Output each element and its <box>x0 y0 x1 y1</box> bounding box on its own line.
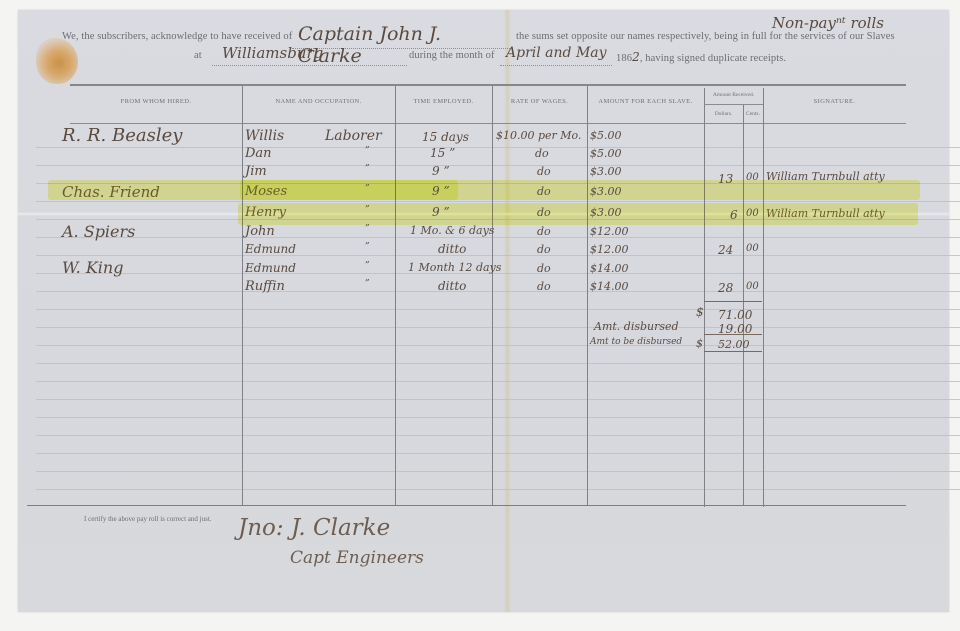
rate-of-wages: do <box>537 243 551 256</box>
cents-received: 00 <box>746 243 759 254</box>
column-divider <box>587 86 588 505</box>
rate-of-wages: do <box>537 262 551 275</box>
amount-each: $3.00 <box>590 185 622 198</box>
dollars-received: 13 <box>718 172 733 186</box>
column-divider <box>492 86 493 505</box>
column-divider <box>743 104 744 505</box>
rate-of-wages: $10.00 per Mo. <box>496 129 581 142</box>
slave-name: John <box>245 224 275 239</box>
signature: William Turnbull atty <box>766 170 885 183</box>
amount-each: $12.00 <box>590 225 629 238</box>
amount-each: $14.00 <box>590 262 629 275</box>
signer-signature: Jno: J. Clarke <box>238 515 390 541</box>
heading-middle: the sums set opposite our names respecti… <box>516 31 895 42</box>
amount-each: $3.00 <box>590 206 622 219</box>
title-note: Non-payⁿᵗ rolls <box>772 14 884 32</box>
total-symbol: $ <box>696 305 704 319</box>
time-employed: 9 ” <box>432 205 450 219</box>
to-disburse-amount: 52.00 <box>718 338 750 351</box>
rule-line <box>36 345 960 346</box>
time-employed: 15 days <box>422 130 469 144</box>
slave-name: Moses <box>245 184 287 199</box>
to-disburse-symbol: $ <box>696 337 703 350</box>
water-stain <box>36 38 78 84</box>
location-field: Williamsburg <box>212 50 407 66</box>
rule-line <box>36 309 960 310</box>
occupation: ” <box>365 184 370 194</box>
rule-line <box>36 471 960 472</box>
table-bottom-rule <box>27 505 906 506</box>
cents-received: 00 <box>746 208 759 219</box>
col-header-signature: Signature. <box>763 98 906 105</box>
occupation: ” <box>365 205 370 215</box>
rule-line <box>36 327 960 328</box>
col-header-amount-received: Amount Received. <box>704 92 763 98</box>
owner-name: A. Spiers <box>62 222 135 241</box>
payer-field: Captain John J. Clarke <box>292 30 510 49</box>
col-header-amount-each: Amount for each slave. <box>587 98 704 105</box>
rule-line <box>36 165 960 166</box>
months: April and May <box>506 45 607 61</box>
column-divider <box>395 86 396 505</box>
highlight-moses-row <box>240 180 920 200</box>
dollars-received: 24 <box>718 243 733 257</box>
time-employed: ditto <box>438 279 466 293</box>
header-bottom-rule <box>70 123 906 124</box>
occupation: ” <box>365 146 370 156</box>
time-employed: 15 ” <box>430 146 455 160</box>
rule-line <box>36 399 960 400</box>
rule-line <box>36 453 960 454</box>
dollars-received: 6 <box>730 208 738 222</box>
final-rule <box>704 351 762 352</box>
year-suffix: 2 <box>632 50 640 64</box>
col-header-cents: Cents. <box>743 111 763 117</box>
rule-line <box>36 255 960 256</box>
time-employed: 9 ” <box>432 164 450 178</box>
rate-of-wages: do <box>537 206 551 219</box>
rate-of-wages: do <box>537 225 551 238</box>
time-employed: 9 ” <box>432 184 450 198</box>
col-header-from-whom: From whom hired. <box>70 98 242 105</box>
subtotal-rule <box>704 334 762 335</box>
rate-of-wages: do <box>537 185 551 198</box>
rule-line <box>36 417 960 418</box>
location: Williamsburg <box>222 44 323 62</box>
slave-name: Edmund <box>245 242 296 256</box>
col-header-rate-of-wages: Rate of wages. <box>492 98 587 105</box>
amount-each: $3.00 <box>590 165 622 178</box>
col-header-dollars: Dollars. <box>704 111 743 117</box>
amount-each: $14.00 <box>590 280 629 293</box>
occupation: ” <box>365 279 370 289</box>
occupation: ” <box>365 261 370 271</box>
occupation: ” <box>365 224 370 234</box>
owner-name: Chas. Friend <box>62 183 160 201</box>
year-prefix: 186 <box>616 53 632 64</box>
slave-name: Edmund <box>245 261 296 275</box>
rule-line <box>36 381 960 382</box>
total-amount: 71.00 <box>718 308 752 322</box>
rule-line <box>36 237 960 238</box>
rate-of-wages: do <box>535 147 549 160</box>
rule-line <box>36 201 960 202</box>
disbursed-label: Amt. disbursed <box>594 320 679 333</box>
owner-name: R. R. Beasley <box>62 125 182 146</box>
to-disburse-label: Amt to be disbursed <box>590 337 682 347</box>
column-divider <box>242 86 243 505</box>
signature: William Turnbull atty <box>766 207 885 220</box>
owner-name: W. King <box>62 258 123 277</box>
cents-received: 00 <box>746 281 759 292</box>
rule-line <box>36 147 960 148</box>
dollars-received: 28 <box>718 281 733 295</box>
slave-name: Dan <box>245 146 272 161</box>
cents-received: 00 <box>746 172 759 183</box>
slave-name: Henry <box>245 205 286 220</box>
time-employed: 1 Mo. & 6 days <box>410 224 494 237</box>
amount-each: $12.00 <box>590 243 629 256</box>
occupation: ” <box>365 164 370 174</box>
rule-line <box>36 435 960 436</box>
months-field: April and May <box>500 50 612 66</box>
time-employed: 1 Month 12 days <box>408 261 501 274</box>
heading-year: 1862, having signed duplicate receipts. <box>616 50 786 64</box>
amount-each: $5.00 <box>590 147 622 160</box>
heading-prefix: We, the subscribers, acknowledge to have… <box>62 31 292 42</box>
rule-line <box>36 363 960 364</box>
rule-line <box>36 291 960 292</box>
slave-name: Willis <box>245 128 284 144</box>
signer-title: Capt Engineers <box>290 548 424 568</box>
amount-each: $5.00 <box>590 129 622 142</box>
table-top-rule <box>70 84 906 86</box>
heading-suffix: , having signed duplicate receipts. <box>640 53 786 64</box>
heading-at-label: at <box>194 50 202 61</box>
rule-line <box>36 489 960 490</box>
column-divider <box>704 88 705 507</box>
certification-text: I certify the above pay roll is correct … <box>84 515 212 523</box>
col-header-name-occupation: Name and occupation. <box>242 98 395 105</box>
heading-month-label: during the month of <box>409 50 495 61</box>
time-employed: ditto <box>438 242 466 256</box>
slave-name: Jim <box>245 164 267 179</box>
occupation: Laborer <box>325 128 382 144</box>
rate-of-wages: do <box>537 280 551 293</box>
subheader-rule <box>704 104 763 105</box>
slave-name: Ruffin <box>245 279 285 294</box>
heading-line-1: We, the subscribers, acknowledge to have… <box>62 31 292 42</box>
rate-of-wages: do <box>537 165 551 178</box>
occupation: ” <box>365 242 370 252</box>
total-rule <box>704 301 762 302</box>
col-header-time-employed: Time employed. <box>395 98 492 105</box>
column-divider <box>763 88 764 507</box>
